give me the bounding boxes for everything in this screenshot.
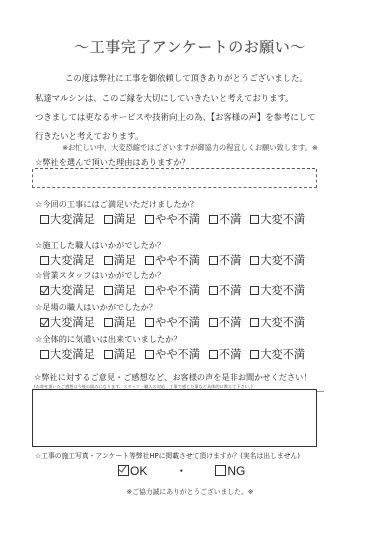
ng-label: NG: [227, 464, 245, 478]
rating-option[interactable]: 不満: [209, 282, 241, 298]
rating-option-label: 大変満足: [50, 282, 95, 298]
comment-question-text: ☆弊社に対するご意見・ご感想など、お客様の声を是非お聞かせください！: [34, 372, 324, 383]
rating-option-label: 大変満足: [50, 314, 95, 330]
rating-options-row: 大変満足満足やや不満不満大変不満: [40, 346, 314, 362]
checkbox[interactable]: [40, 350, 49, 359]
rating-option[interactable]: 大変不満: [250, 282, 305, 298]
rating-option[interactable]: やや不満: [145, 282, 200, 298]
rating-option[interactable]: やや不満: [145, 211, 200, 227]
checkbox[interactable]: [145, 215, 154, 224]
rating-option[interactable]: 満足: [104, 252, 136, 268]
rating-option-label: やや不満: [155, 211, 200, 227]
rating-option-label: 大変不満: [260, 314, 305, 330]
checkbox[interactable]: [145, 286, 154, 295]
checkbox[interactable]: [250, 215, 259, 224]
rating-option[interactable]: やや不満: [145, 346, 200, 362]
rating-options-row: 大変満足満足やや不満不満大変不満: [40, 314, 314, 330]
reason-answer-box[interactable]: [32, 169, 317, 188]
rating-option[interactable]: 大変満足: [40, 252, 95, 268]
checkbox[interactable]: [40, 318, 49, 327]
checkbox[interactable]: [209, 215, 218, 224]
rating-options-row: 大変満足満足やや不満不満大変不満: [40, 211, 314, 227]
rating-options-row: 大変満足満足やや不満不満大変不満: [40, 252, 314, 268]
checkbox[interactable]: [104, 256, 113, 265]
separator: ・: [175, 462, 187, 479]
rating-option[interactable]: 大変満足: [40, 314, 95, 330]
rating-option-label: 大変不満: [260, 346, 305, 362]
rating-option-label: やや不満: [155, 252, 200, 268]
rating-option-label: やや不満: [155, 282, 200, 298]
rating-option-label: 不満: [219, 314, 241, 330]
rating-question-label: ☆足場の職人はいかがでしたか？: [35, 302, 157, 313]
rating-option[interactable]: 大変満足: [40, 211, 95, 227]
checkbox[interactable]: [145, 318, 154, 327]
rating-option[interactable]: 大変不満: [250, 346, 305, 362]
rating-option-label: 満足: [114, 346, 136, 362]
rating-option-label: 不満: [219, 252, 241, 268]
rating-option-label: 大変満足: [50, 346, 95, 362]
ok-label: OK: [130, 464, 147, 478]
rating-option-label: 不満: [219, 346, 241, 362]
rating-option[interactable]: 不満: [209, 314, 241, 330]
rating-option-label: やや不満: [155, 314, 200, 330]
intro-line-4: 行きたいと考えております。: [35, 130, 355, 142]
publish-question: ☆工事の施工写真・アンケート等弊社HPに掲載させて頂けますか？(実名は出しません…: [35, 450, 300, 460]
rating-options-row: 大変満足満足やや不満不満大変不満: [40, 282, 314, 298]
intro-note: ※お忙しい中、大変恐縮ではございますが御協力の程宜しくお願い致します。※: [0, 143, 380, 153]
rating-question-label: ☆営業スタッフはいかがでしたか？: [35, 270, 165, 281]
thanks-message: ※ご協力誠にありがとうございました。※: [0, 486, 380, 496]
rating-option-label: 満足: [114, 314, 136, 330]
rating-option[interactable]: やや不満: [145, 252, 200, 268]
checkbox[interactable]: [104, 318, 113, 327]
ng-checkbox[interactable]: [215, 465, 226, 476]
rating-option[interactable]: 不満: [209, 346, 241, 362]
rating-option-label: 満足: [114, 252, 136, 268]
rating-option-label: 不満: [219, 211, 241, 227]
publish-options: OK ・ NG: [118, 462, 245, 479]
checkbox[interactable]: [250, 318, 259, 327]
checkbox[interactable]: [209, 318, 218, 327]
checkbox[interactable]: [209, 350, 218, 359]
rating-option[interactable]: 大変不満: [250, 252, 305, 268]
checkbox[interactable]: [104, 350, 113, 359]
intro-line-2: 私達マルシンは、このご縁を大切にしていきたいと考えております。: [35, 92, 355, 104]
checkbox[interactable]: [145, 350, 154, 359]
checkbox[interactable]: [250, 350, 259, 359]
rating-option[interactable]: 満足: [104, 314, 136, 330]
checkbox[interactable]: [40, 286, 49, 295]
comment-answer-box[interactable]: [32, 389, 317, 447]
rating-option[interactable]: 大変不満: [250, 314, 305, 330]
rating-option[interactable]: 不満: [209, 252, 241, 268]
checkbox[interactable]: [104, 215, 113, 224]
rating-option-label: 大変不満: [260, 211, 305, 227]
rating-option[interactable]: 不満: [209, 211, 241, 227]
rating-option-label: やや不満: [155, 346, 200, 362]
checkbox[interactable]: [104, 286, 113, 295]
rating-question-label: ☆全体的に気遣いは出来ていましたか？: [35, 334, 182, 345]
rating-question-label: ☆今回の工事にはご満足いただけましたか？: [35, 199, 198, 210]
rating-option[interactable]: 満足: [104, 282, 136, 298]
intro-line-1: この度は弊社に工事を御依頼して頂きありがとうございました。: [65, 72, 380, 84]
checkbox[interactable]: [209, 256, 218, 265]
reason-question-text: ☆弊社を選んで頂いた理由はありますか？: [35, 157, 315, 169]
checkbox[interactable]: [40, 256, 49, 265]
rating-option[interactable]: 大変満足: [40, 282, 95, 298]
reason-question-label: ☆弊社を選んで頂いた理由はありますか？: [35, 157, 315, 169]
page-title: 〜工事完了アンケートのお願い〜: [0, 36, 380, 57]
rating-option-label: 満足: [114, 282, 136, 298]
rating-option[interactable]: やや不満: [145, 314, 200, 330]
rating-option[interactable]: 満足: [104, 211, 136, 227]
rating-option-label: 大変満足: [50, 211, 95, 227]
rating-option-label: 不満: [219, 282, 241, 298]
rating-option-label: 大変不満: [260, 282, 305, 298]
checkbox[interactable]: [250, 286, 259, 295]
checkbox[interactable]: [250, 256, 259, 265]
rating-option-label: 満足: [114, 211, 136, 227]
rating-option-label: 大変不満: [260, 252, 305, 268]
rating-option[interactable]: 満足: [104, 346, 136, 362]
ok-checkbox[interactable]: [118, 465, 129, 476]
checkbox[interactable]: [209, 286, 218, 295]
rating-option[interactable]: 大変満足: [40, 346, 95, 362]
rating-question-label: ☆施工した職人はいかがでしたか？: [35, 240, 165, 251]
rating-option[interactable]: 大変不満: [250, 211, 305, 227]
rating-option-label: 大変満足: [50, 252, 95, 268]
checkbox[interactable]: [40, 215, 49, 224]
intro-line-3: つきましては更なるサービスや技術向上の為、【お客様の声】を参考にして: [35, 111, 355, 123]
checkbox[interactable]: [145, 256, 154, 265]
